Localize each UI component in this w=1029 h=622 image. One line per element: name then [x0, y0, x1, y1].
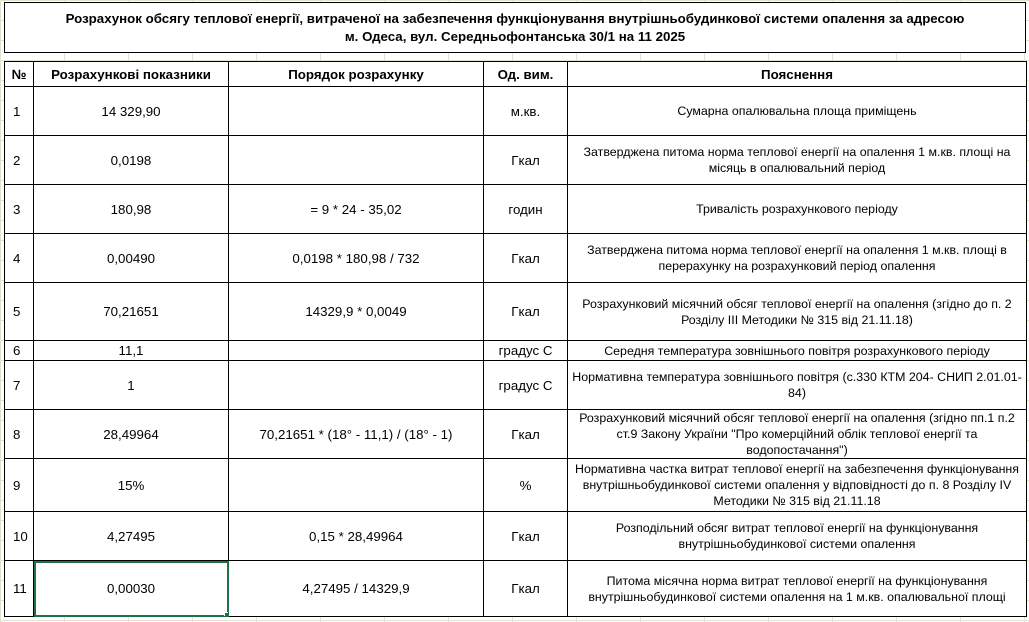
- row-number-cell[interactable]: 8: [5, 410, 34, 459]
- unit-cell[interactable]: %: [484, 459, 568, 512]
- fill-handle[interactable]: [224, 612, 229, 617]
- calculation-formula-cell[interactable]: 0,15 * 28,49964: [229, 512, 484, 561]
- table-row: 104,274950,15 * 28,49964ГкалРозподільний…: [5, 512, 1027, 561]
- row-number-cell[interactable]: 11: [5, 561, 34, 617]
- unit-cell[interactable]: Гкал: [484, 410, 568, 459]
- row-number-cell[interactable]: 5: [5, 283, 34, 341]
- unit-cell[interactable]: градус С: [484, 341, 568, 361]
- explanation-cell[interactable]: Нормативна частка витрат теплової енергі…: [568, 459, 1027, 512]
- unit-cell[interactable]: градус С: [484, 361, 568, 410]
- explanation-cell[interactable]: Розподільний обсяг витрат теплової енерг…: [568, 512, 1027, 561]
- calculation-table: № Розрахункові показники Порядок розраху…: [4, 61, 1027, 617]
- indicator-value-cell[interactable]: 15%: [34, 459, 229, 512]
- table-row: 114 329,90м.кв.Сумарна опалювальна площа…: [5, 87, 1027, 136]
- row-number-cell[interactable]: 9: [5, 459, 34, 512]
- unit-cell[interactable]: Гкал: [484, 136, 568, 185]
- explanation-cell[interactable]: Питома місячна норма витрат теплової ене…: [568, 561, 1027, 617]
- report-title[interactable]: Розрахунок обсягу теплової енергії, витр…: [4, 2, 1026, 53]
- title-line-1: Розрахунок обсягу теплової енергії, витр…: [66, 10, 965, 28]
- indicator-value-cell[interactable]: 4,27495: [34, 512, 229, 561]
- table-row: 570,2165114329,9 * 0,0049ГкалРозрахунков…: [5, 283, 1027, 341]
- row-number-cell[interactable]: 1: [5, 87, 34, 136]
- calculation-formula-cell[interactable]: [229, 87, 484, 136]
- indicator-value-cell[interactable]: 70,21651: [34, 283, 229, 341]
- explanation-cell[interactable]: Тривалість розрахункового періоду: [568, 185, 1027, 234]
- explanation-cell[interactable]: Розрахунковий місячний обсяг теплової ен…: [568, 410, 1027, 459]
- calculation-formula-cell[interactable]: 4,27495 / 14329,9: [229, 561, 484, 617]
- spreadsheet-sheet: Розрахунок обсягу теплової енергії, витр…: [0, 0, 1029, 622]
- header-unit[interactable]: Од. вим.: [484, 62, 568, 87]
- table-row: 20,0198ГкалЗатверджена питома норма тепл…: [5, 136, 1027, 185]
- title-line-2: м. Одеса, вул. Середньофонтанська 30/1 н…: [345, 28, 685, 46]
- row-number-cell[interactable]: 10: [5, 512, 34, 561]
- header-number[interactable]: №: [5, 62, 34, 87]
- explanation-cell[interactable]: Розрахунковий місячний обсяг теплової ен…: [568, 283, 1027, 341]
- row-number-cell[interactable]: 2: [5, 136, 34, 185]
- unit-cell[interactable]: годин: [484, 185, 568, 234]
- table-row: 828,4996470,21651 * (18° - 11,1) / (18° …: [5, 410, 1027, 459]
- unit-cell[interactable]: м.кв.: [484, 87, 568, 136]
- indicator-value-cell[interactable]: 0,00030: [34, 561, 229, 617]
- indicator-value-cell[interactable]: 28,49964: [34, 410, 229, 459]
- row-number-cell[interactable]: 4: [5, 234, 34, 283]
- indicator-value-cell[interactable]: 14 329,90: [34, 87, 229, 136]
- indicator-value-cell[interactable]: 11,1: [34, 341, 229, 361]
- table-row: 71градус СНормативна температура зовнішн…: [5, 361, 1027, 410]
- indicator-value-cell[interactable]: 180,98: [34, 185, 229, 234]
- row-number-cell[interactable]: 3: [5, 185, 34, 234]
- calculation-formula-cell[interactable]: [229, 459, 484, 512]
- calculation-formula-cell[interactable]: [229, 136, 484, 185]
- table-row: 611,1градус ССередня температура зовнішн…: [5, 341, 1027, 361]
- table-row: 3180,98= 9 * 24 - 35,02годинТривалість р…: [5, 185, 1027, 234]
- indicator-value-cell[interactable]: 0,00490: [34, 234, 229, 283]
- indicator-value-cell[interactable]: 1: [34, 361, 229, 410]
- explanation-cell[interactable]: Середня температура зовнішнього повітря …: [568, 341, 1027, 361]
- explanation-cell[interactable]: Затверджена питома норма теплової енергі…: [568, 136, 1027, 185]
- explanation-cell[interactable]: Затверджена питома норма теплової енергі…: [568, 234, 1027, 283]
- table-header-row: № Розрахункові показники Порядок розраху…: [5, 62, 1027, 87]
- table-row: 915%%Нормативна частка витрат теплової е…: [5, 459, 1027, 512]
- explanation-cell[interactable]: Нормативна температура зовнішнього повіт…: [568, 361, 1027, 410]
- header-explanation[interactable]: Пояснення: [568, 62, 1027, 87]
- explanation-cell[interactable]: Сумарна опалювальна площа приміщень: [568, 87, 1027, 136]
- unit-cell[interactable]: Гкал: [484, 283, 568, 341]
- row-number-cell[interactable]: 7: [5, 361, 34, 410]
- calculation-formula-cell[interactable]: 70,21651 * (18° - 11,1) / (18° - 1): [229, 410, 484, 459]
- calculation-formula-cell[interactable]: [229, 341, 484, 361]
- header-calculation-order[interactable]: Порядок розрахунку: [229, 62, 484, 87]
- indicator-value-cell[interactable]: 0,0198: [34, 136, 229, 185]
- unit-cell[interactable]: Гкал: [484, 234, 568, 283]
- unit-cell[interactable]: Гкал: [484, 512, 568, 561]
- table-row: 40,004900,0198 * 180,98 / 732ГкалЗатверд…: [5, 234, 1027, 283]
- header-indicators[interactable]: Розрахункові показники: [34, 62, 229, 87]
- row-number-cell[interactable]: 6: [5, 341, 34, 361]
- unit-cell[interactable]: Гкал: [484, 561, 568, 617]
- calculation-formula-cell[interactable]: 0,0198 * 180,98 / 732: [229, 234, 484, 283]
- calculation-formula-cell[interactable]: = 9 * 24 - 35,02: [229, 185, 484, 234]
- table-row: 110,000304,27495 / 14329,9ГкалПитома міс…: [5, 561, 1027, 617]
- calculation-formula-cell[interactable]: 14329,9 * 0,0049: [229, 283, 484, 341]
- calculation-formula-cell[interactable]: [229, 361, 484, 410]
